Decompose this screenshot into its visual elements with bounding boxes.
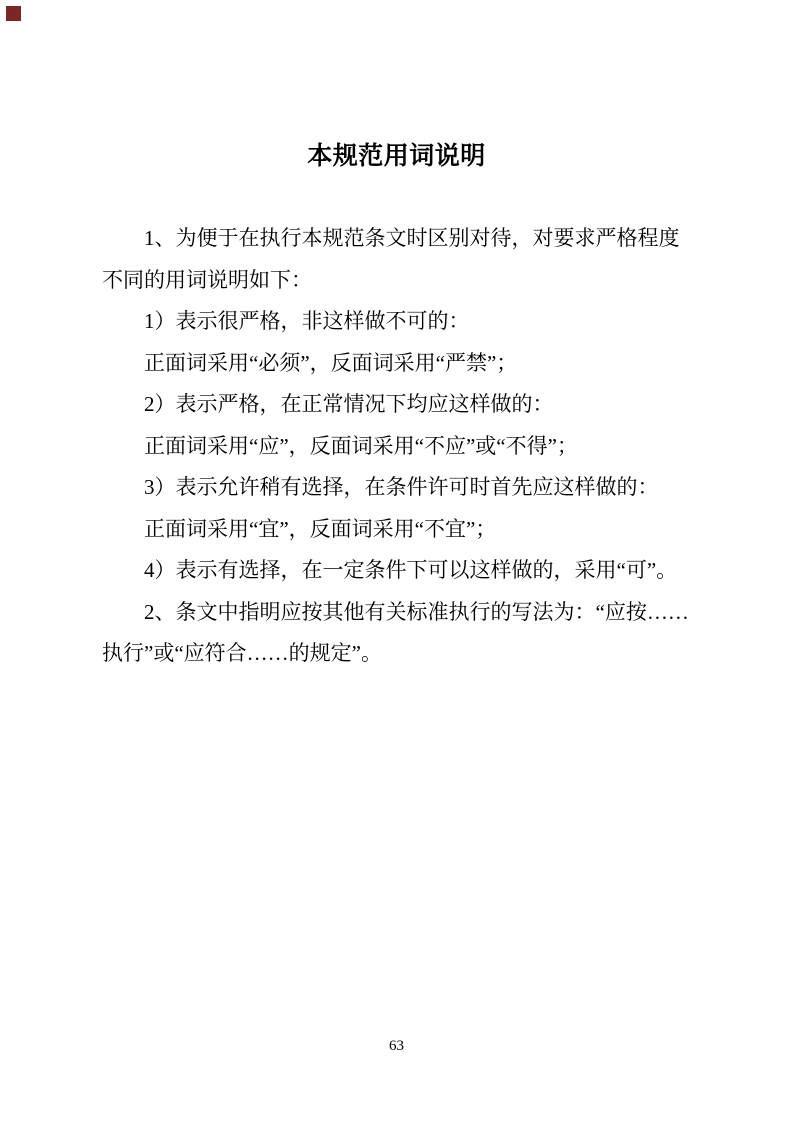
page-title: 本规范用词说明 xyxy=(0,141,793,171)
body-line: 1、为便于在执行本规范条文时区别对待，对要求严格程度 xyxy=(102,218,693,260)
body-line: 2、条文中指明应按其他有关标准执行的写法为：“应按…… xyxy=(102,592,693,634)
body-line: 3）表示允许稍有选择，在条件许可时首先应这样做的： xyxy=(102,467,693,509)
body-line: 正面词采用“应”，反面词采用“不应”或“不得”； xyxy=(102,426,693,468)
body-line: 4）表示有选择，在一定条件下可以这样做的，采用“可”。 xyxy=(102,550,693,592)
document-page: 本规范用词说明 1、为便于在执行本规范条文时区别对待，对要求严格程度 不同的用词… xyxy=(0,0,793,1122)
body-line: 不同的用词说明如下： xyxy=(102,260,693,302)
corner-mark xyxy=(6,6,21,21)
body-line: 正面词采用“必须”，反面词采用“严禁”； xyxy=(102,343,693,385)
document-body: 1、为便于在执行本规范条文时区别对待，对要求严格程度 不同的用词说明如下： 1）… xyxy=(102,218,693,675)
body-line: 2）表示严格，在正常情况下均应这样做的： xyxy=(102,384,693,426)
body-line: 1）表示很严格，非这样做不可的： xyxy=(102,301,693,343)
body-line: 正面词采用“宜”，反面词采用“不宜”； xyxy=(102,509,693,551)
body-line: 执行”或“应符合……的规定”。 xyxy=(102,633,693,675)
page-number: 63 xyxy=(0,1038,793,1055)
